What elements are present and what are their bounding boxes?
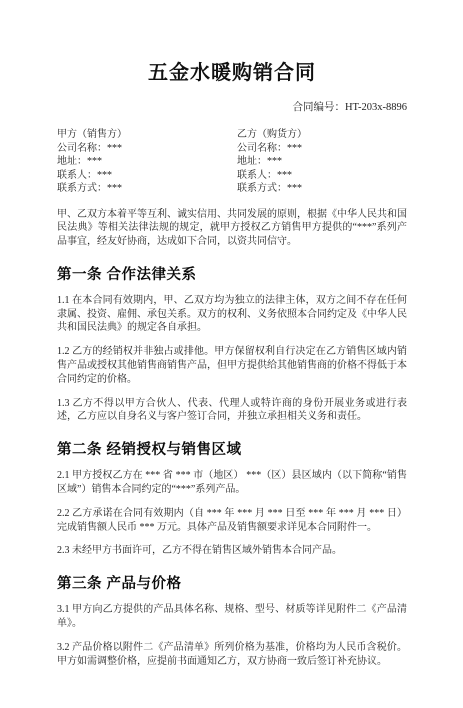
document-title: 五金水暖购销合同	[57, 56, 407, 85]
party-a-contact-person: 联系人：***	[57, 169, 237, 183]
clause-3-1: 3.1 甲方向乙方提供的产品具体名称、规格、型号、材质等详见附件二《产品清单》。	[57, 603, 407, 631]
section-2-heading: 第二条 经销授权与销售区域	[57, 438, 407, 459]
party-a-contact-method: 联系方式：***	[57, 182, 237, 196]
section-1-heading: 第一条 合作法律关系	[57, 263, 407, 284]
party-b-block: 乙方（购货方） 公司名称：*** 地址：*** 联系人：*** 联系方式：***	[237, 128, 417, 196]
section-3-heading: 第三条 产品与价格	[57, 572, 407, 593]
clause-1-2: 1.2 乙方的经销权并非独占或排他。甲方保留权利自行决定在乙方销售区域内销售产品…	[57, 345, 407, 386]
clause-2-3: 2.3 未经甲方书面许可，乙方不得在销售区域外销售本合同产品。	[57, 544, 407, 558]
party-a-role: 甲方（销售方）	[57, 128, 237, 142]
contract-document: 五金水暖购销合同 合同编号：HT-203x-8896 甲方（销售方） 公司名称：…	[0, 0, 463, 708]
clause-2-2: 2.2 乙方承诺在合同有效期内（自 *** 年 *** 月 *** 日至 ***…	[57, 507, 407, 535]
contract-number-label: 合同编号：	[292, 102, 345, 113]
parties-block: 甲方（销售方） 公司名称：*** 地址：*** 联系人：*** 联系方式：***…	[57, 128, 407, 196]
party-a-address: 地址：***	[57, 155, 237, 169]
clause-1-1: 1.1 在本合同有效期内，甲、乙双方均为独立的法律主体，双方之间不存在任何隶属、…	[57, 294, 407, 335]
party-a-company: 公司名称：***	[57, 142, 237, 156]
party-b-company: 公司名称：***	[237, 142, 417, 156]
contract-number: 合同编号：HT-203x-8896	[57, 99, 407, 114]
preamble-paragraph: 甲、乙双方本着平等互利、诚实信用、共同发展的原则，根据《中华人民共和国民法典》等…	[57, 208, 407, 249]
contract-number-value: HT-203x-8896	[345, 102, 407, 113]
party-b-role: 乙方（购货方）	[237, 128, 417, 142]
party-b-address: 地址：***	[237, 155, 417, 169]
party-b-contact-method: 联系方式：***	[237, 182, 417, 196]
clause-1-3: 1.3 乙方不得以甲方合伙人、代表、代理人或特许商的身份开展业务或进行表述，乙方…	[57, 397, 407, 425]
party-a-block: 甲方（销售方） 公司名称：*** 地址：*** 联系人：*** 联系方式：***	[57, 128, 237, 196]
party-b-contact-person: 联系人：***	[237, 169, 417, 183]
clause-2-1: 2.1 甲方授权乙方在 *** 省 *** 市（地区） ***（区）县区域内（以…	[57, 469, 407, 497]
